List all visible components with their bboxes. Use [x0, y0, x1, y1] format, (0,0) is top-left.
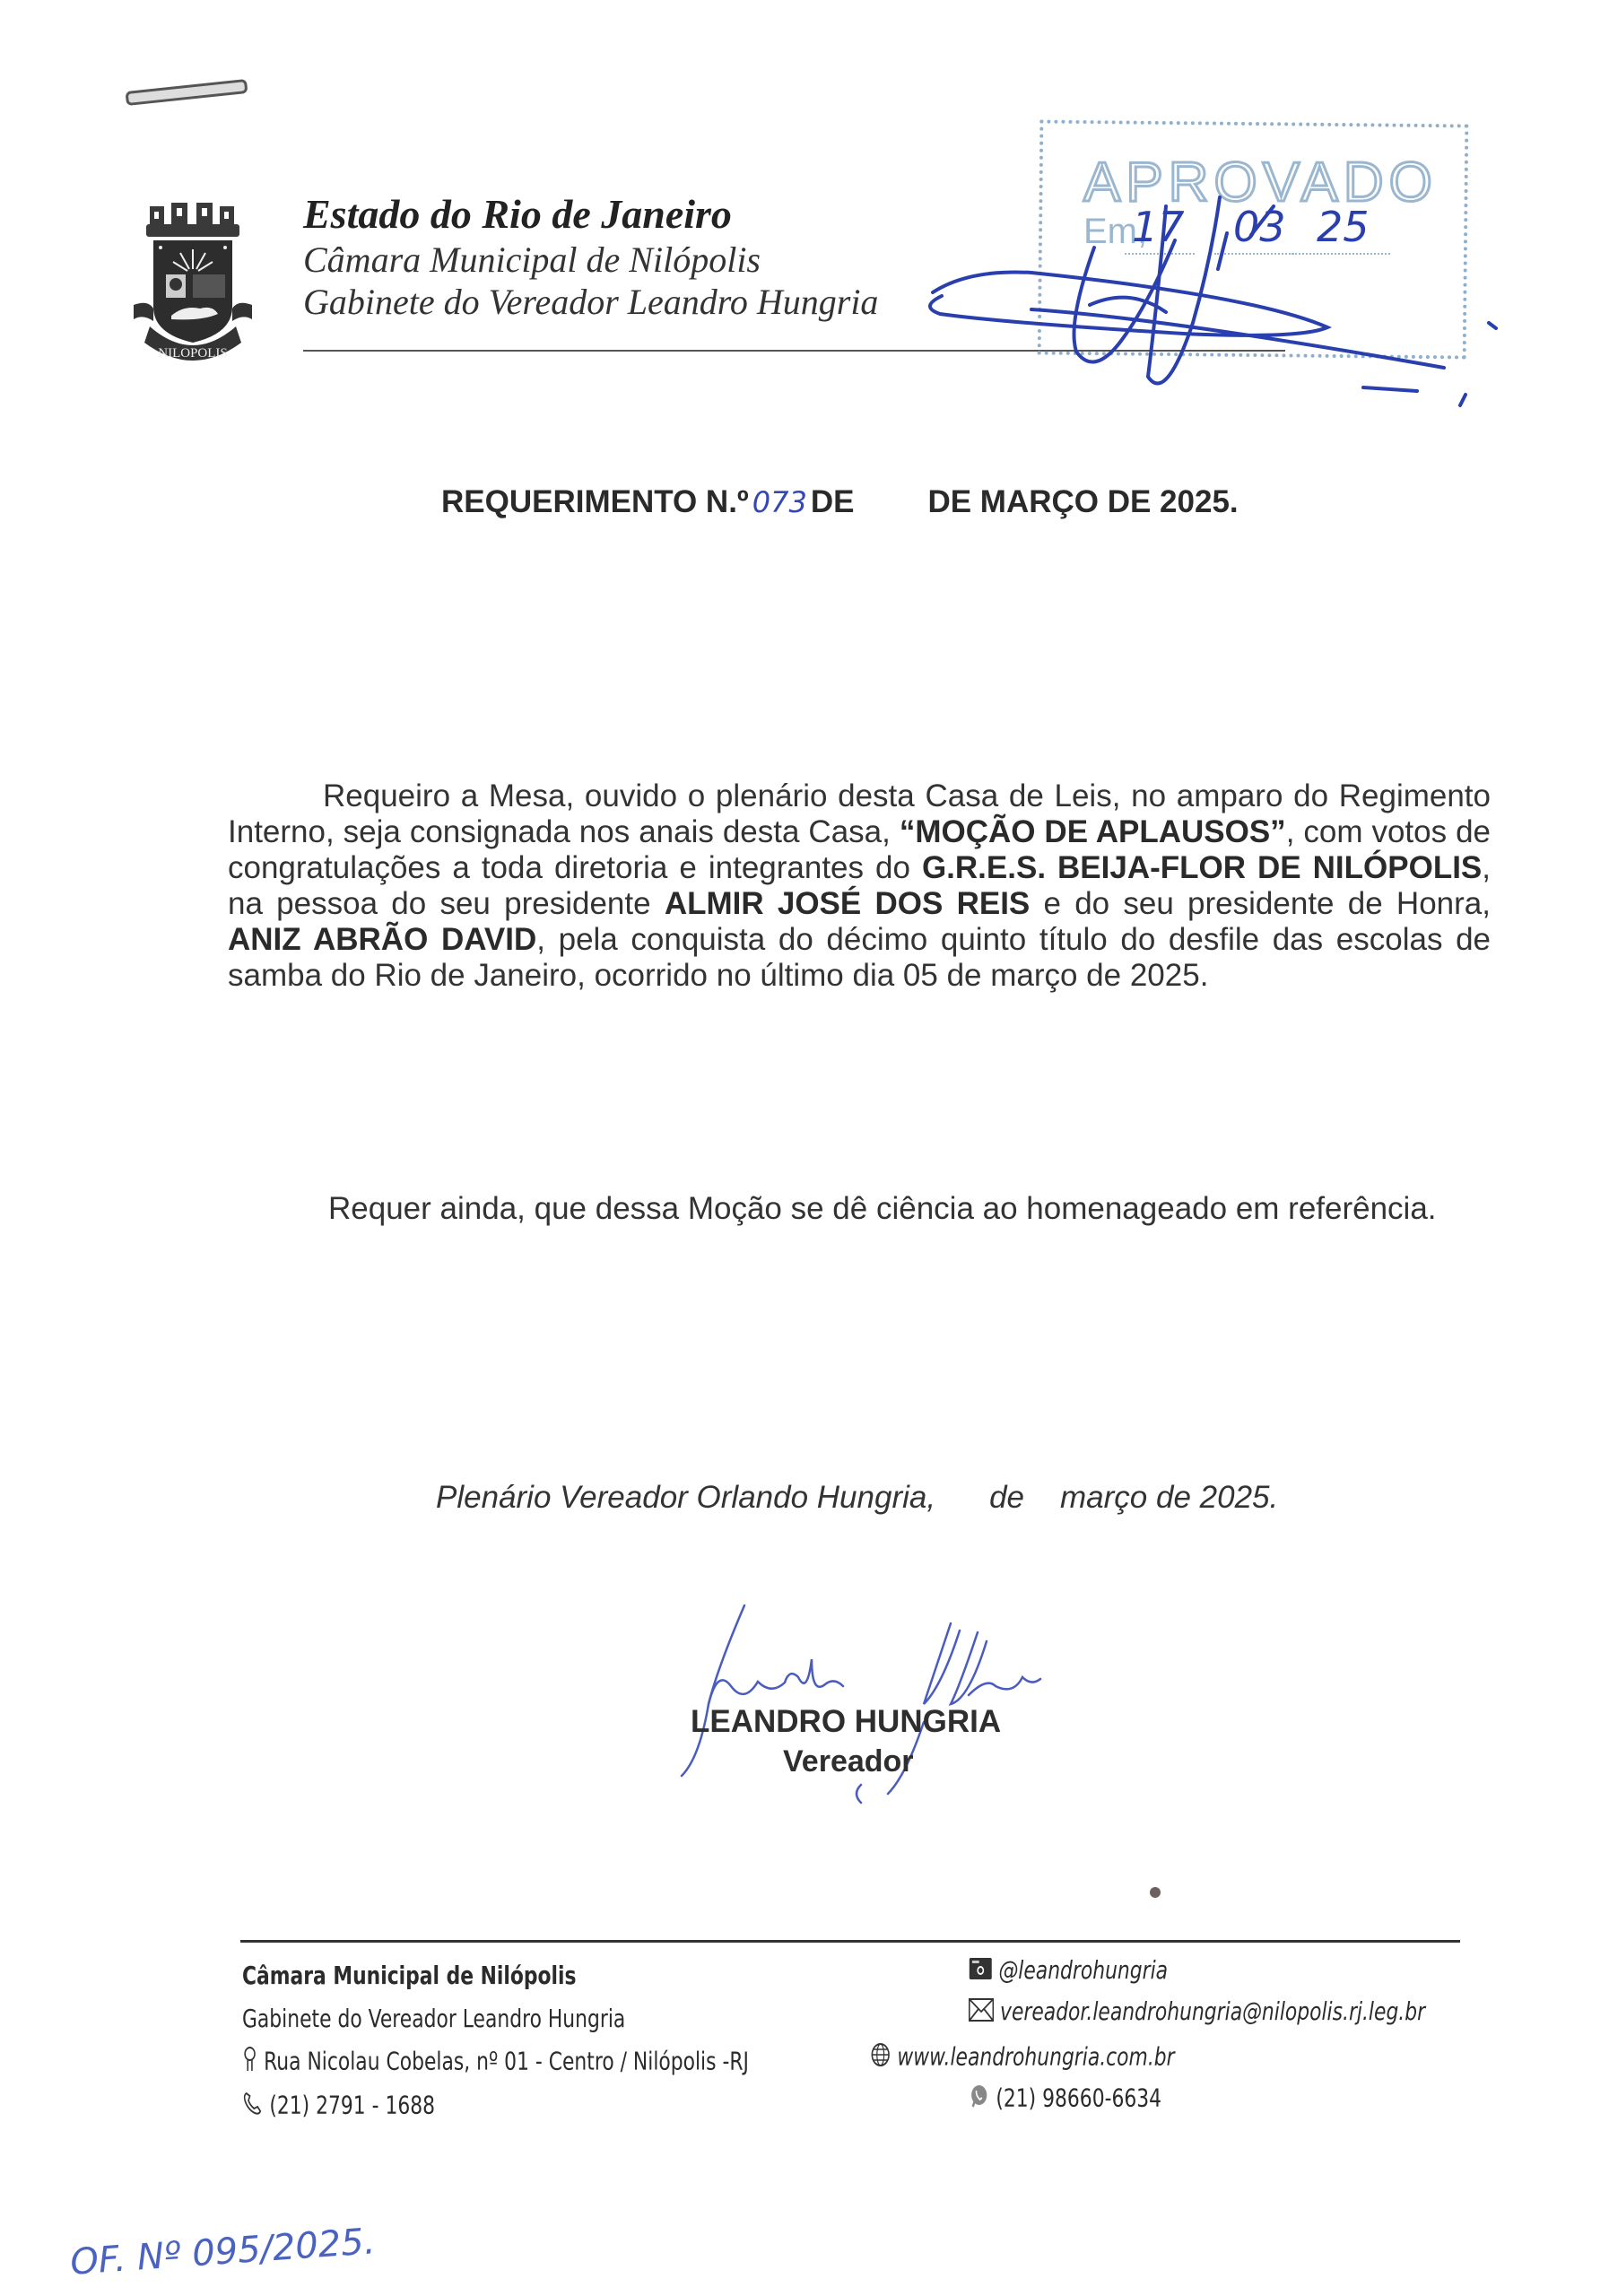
footer-whatsapp-row: (21) 98660-6634: [969, 2083, 1161, 2116]
footer-office: Gabinete do Vereador Leandro Hungria: [242, 2004, 625, 2033]
footer-address-row: Rua Nicolau Cobelas, nº 01 - Centro / Ni…: [242, 2046, 749, 2079]
body-text: e do seu presidente de Honra,: [1030, 886, 1491, 921]
header-chamber: Câmara Municipal de Nilópolis: [303, 239, 761, 281]
footer-email[interactable]: vereador.leandrohungria@nilopolis.rj.leg…: [1000, 1996, 1425, 2026]
staple-mark: [126, 79, 248, 106]
president-name: ALMIR JOSÉ DOS REIS: [665, 886, 1030, 921]
request-number: 073: [752, 485, 807, 519]
footer-org: Câmara Municipal de Nilópolis: [242, 1961, 576, 1990]
stamp-month: 03: [1233, 203, 1286, 251]
instagram-icon: [969, 1956, 993, 1987]
honorary-president-name: ANIZ ABRÃO DAVID: [228, 922, 536, 957]
closing-place-date: Plenário Vereador Orlando Hungria,demarç…: [436, 1480, 1278, 1516]
motion-name: “MOÇÃO DE APLAUSOS”: [900, 814, 1286, 849]
signatory-name: LEANDRO HUNGRIA: [691, 1704, 1001, 1740]
request-title-prefix: REQUERIMENTO N.º: [441, 484, 749, 519]
email-icon: [969, 1997, 994, 2029]
stamp-year: 25: [1317, 203, 1370, 251]
whatsapp-icon: [969, 2083, 989, 2116]
footer-website-row: www.leandrohungria.com.br: [870, 2041, 1175, 2074]
scan-speck: [1150, 1887, 1161, 1898]
footer-divider: [240, 1940, 1460, 1943]
phone-icon: [242, 2090, 263, 2123]
request-title: REQUERIMENTO N.º073DEDE MARÇO DE 2025.: [441, 484, 1239, 520]
globe-icon: [870, 2041, 891, 2074]
request-title-date: DE MARÇO DE 2025.: [927, 484, 1238, 519]
stamp-day-line: [1125, 253, 1195, 255]
closing-place: Plenário Vereador Orlando Hungria,: [436, 1480, 935, 1515]
footer-whatsapp: (21) 98660-6634: [996, 2083, 1161, 2113]
request-body-paragraph: Requeiro a Mesa, ouvido o plenário desta…: [228, 778, 1491, 994]
footer-website[interactable]: www.leandrohungria.com.br: [897, 2042, 1174, 2072]
municipal-crest-icon: NILOPOLIS: [130, 199, 256, 370]
header-office: Gabinete do Vereador Leandro Hungria: [303, 281, 878, 323]
footer-email-row: vereador.leandrohungria@nilopolis.rj.leg…: [969, 1996, 1425, 2029]
closing-date: março de 2025.: [1060, 1480, 1278, 1515]
footer-address: Rua Nicolau Cobelas, nº 01 - Centro / Ni…: [264, 2047, 749, 2076]
footer-instagram-row: @leandrohungria: [969, 1955, 1168, 1987]
request-body-paragraph-2: Requer ainda, que dessa Moção se dê ciên…: [328, 1191, 1437, 1227]
stamp-year-line: [1292, 253, 1390, 255]
stamp-day: 17: [1132, 203, 1185, 251]
svg-text:NILOPOLIS: NILOPOLIS: [158, 346, 228, 361]
footer-instagram[interactable]: @leandrohungria: [998, 1955, 1168, 1985]
location-pin-icon: [242, 2046, 257, 2079]
header-state: Estado do Rio de Janeiro: [303, 190, 732, 238]
request-title-de: DE: [811, 484, 855, 519]
stamp-month-line: [1214, 253, 1297, 255]
footer-phone: (21) 2791 - 1688: [269, 2091, 435, 2120]
handwritten-office-number: OF. Nº 095/2025.: [69, 2221, 377, 2283]
school-name: G.R.E.S. BEIJA-FLOR DE NILÓPOLIS: [922, 850, 1482, 885]
footer-phone-row: (21) 2791 - 1688: [242, 2090, 435, 2123]
closing-de: de: [989, 1480, 1024, 1515]
signatory-role: Vereador: [783, 1744, 914, 1779]
